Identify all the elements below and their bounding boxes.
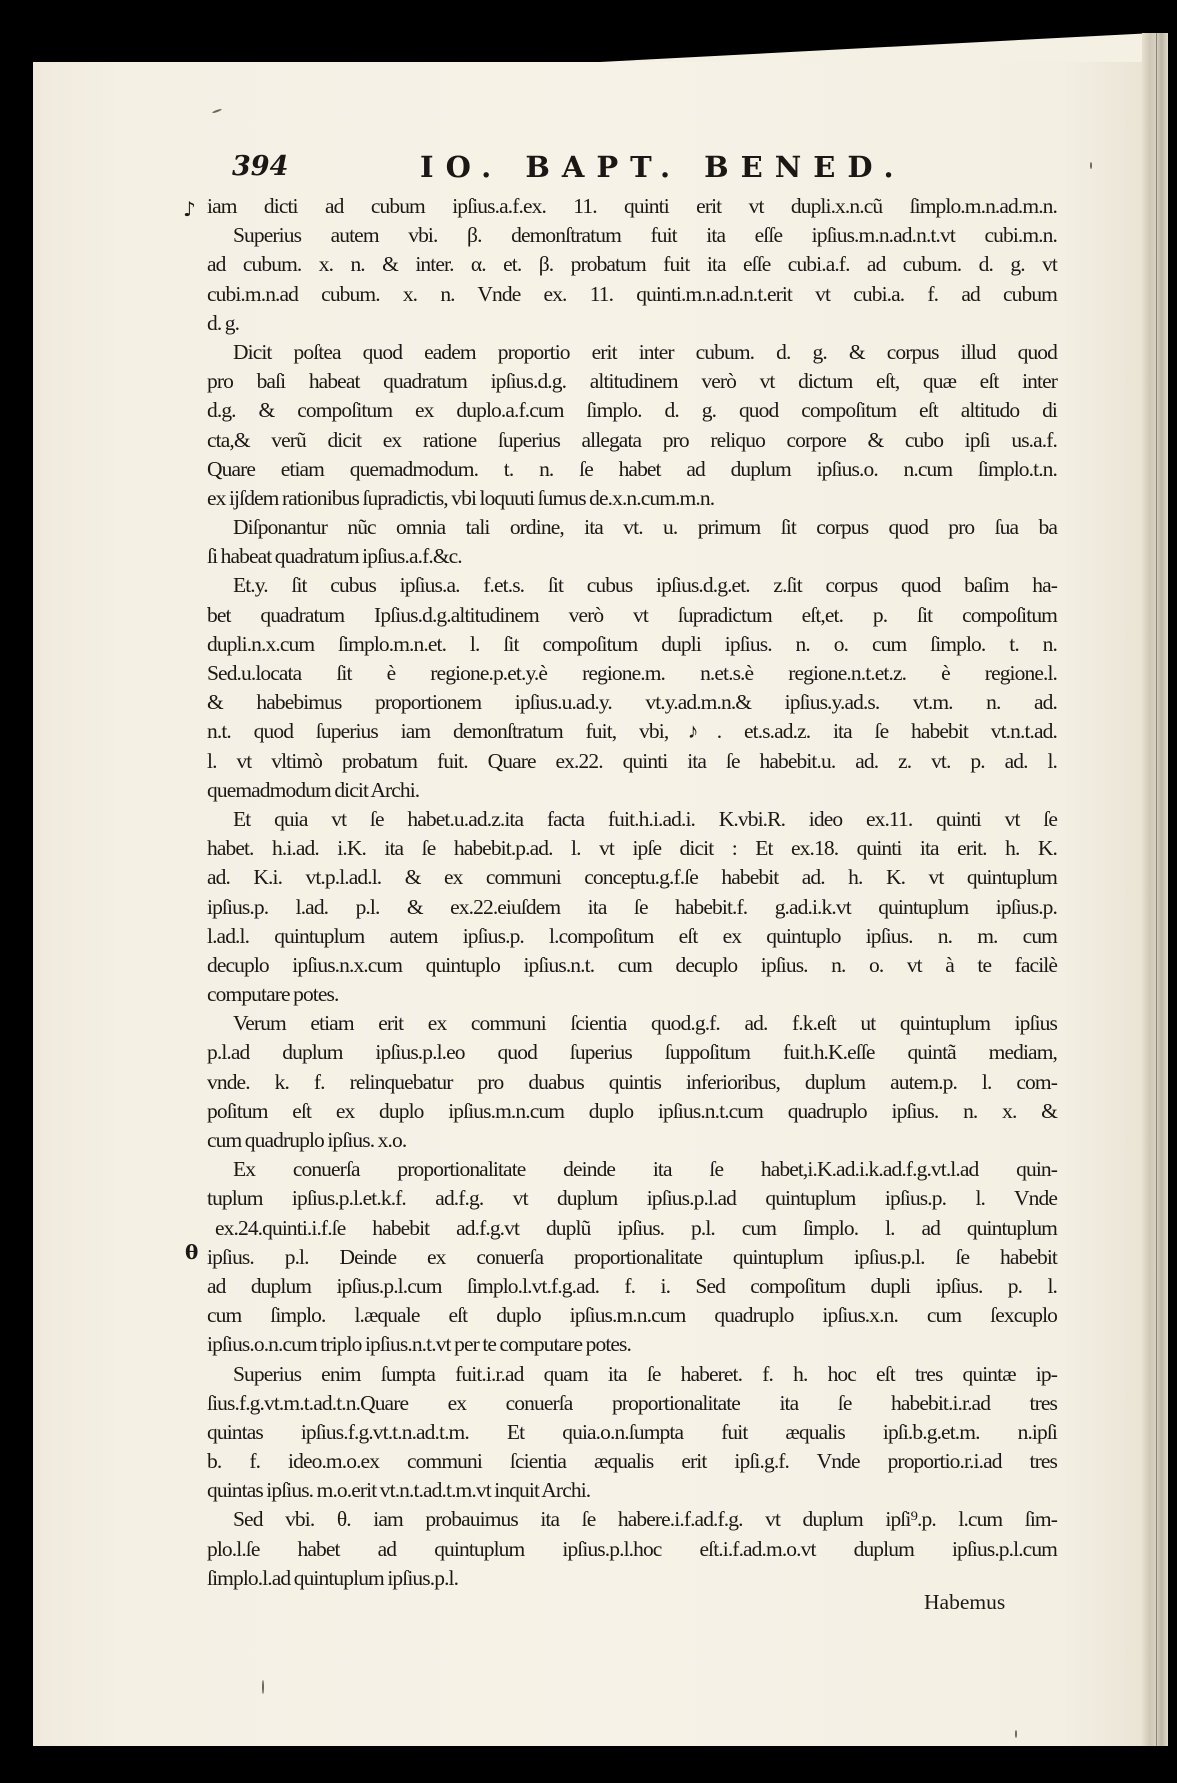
paragraph-end-line: quintas ipſius. m.o.erit vt.n.t.ad.t.m.v… [207,1476,1057,1505]
paragraph-end-line: ſi habeat quadratum ipſius.a.f.&c. [207,542,1057,571]
text-line: l. vt vltimò probatum fuit. Quare ex.22.… [207,747,1057,776]
text-line: vnde. k. f. relinquebatur pro duabus qui… [207,1068,1057,1097]
text-line: & habebimus proportionem ipſius.u.ad.y. … [207,688,1057,717]
paragraph-end-line: ex ijſdem rationibus ſupradictis, vbi lo… [207,484,1057,513]
text-line: quintas ipſius.f.g.vt.t.n.ad.t.m. Et qui… [207,1418,1057,1447]
paragraph-end-line: ipſius.o.n.cum triplo ipſius.n.t.vt per … [207,1330,1057,1359]
text-line: cum ſimplo. l.æquale eſt duplo ipſius.m.… [207,1301,1057,1330]
paragraph-start-line: Superius autem vbi. β. demonſtratum fuit… [207,221,1057,250]
paper-speck [1015,1730,1017,1738]
paragraph-end-line: d. g. [207,309,1057,338]
text-line: tuplum ipſius.p.l.et.k.f. ad.f.g. vt dup… [207,1184,1057,1213]
text-line: ex.24.quinti.i.f.ſe habebit ad.f.g.vt du… [207,1214,1057,1243]
text-line: decuplo ipſius.n.x.cum quintuplo ipſius.… [207,951,1057,980]
text-line: ad duplum ipſius.p.l.cum ſimplo.l.vt.f.g… [207,1272,1057,1301]
text-line: ipſius.p. l.ad. p.l. & ex.22.eiuſdem ita… [207,893,1057,922]
text-line: plo.l.ſe habet ad quintuplum ipſius.p.l.… [207,1535,1057,1564]
paragraph-end-line: cum quadruplo ipſius. x.o. [207,1126,1057,1155]
paragraph-start-line: Diſponantur nũc omnia tali ordine, ita v… [207,513,1057,542]
paper-speck [262,1680,264,1694]
text-line: ad cubum. x. n. & inter. α. et. β. proba… [207,250,1057,279]
text-line: ſius.f.g.vt.m.t.ad.t.n.Quare ex conuerſa… [207,1389,1057,1418]
text-line: dupli.n.x.cum ſimplo.m.n.et. l. ſit comp… [207,630,1057,659]
paragraph-end-line: quemadmodum dicit Archi. [207,776,1057,805]
text-line: p.l.ad duplum ipſius.p.l.eo quod ſuperiu… [207,1038,1057,1067]
paragraph-end-line: ſimplo.l.ad quintuplum ipſius.p.l. [207,1564,1057,1593]
paragraph-start-line: Ex conuerſa proportionalitate deinde ita… [207,1155,1057,1184]
text-line: iam dicti ad cubum ipſius.a.f.ex. 11. qu… [207,192,1057,221]
text-line: pro baſi habeat quadratum ipſius.d.g. al… [207,367,1057,396]
text-line: l.ad.l. quintuplum autem ipſius.p. l.com… [207,922,1057,951]
theta-mark-icon: θ [185,1240,198,1264]
paragraph-start-line: Et.y. ſit cubus ipſius.a. f.et.s. ſit cu… [207,571,1057,600]
text-line: cta,& verũ dicit ex ratione ſuperius all… [207,426,1057,455]
running-head: IO. BAPT. BENED. [420,150,906,184]
paragraph-start-line: Sed vbi. θ. iam probauimus ita ſe habere… [207,1505,1057,1534]
paragraph-start-line: Superius enim ſumpta fuit.i.r.ad quam it… [207,1360,1057,1389]
text-line: poſitum eſt ex duplo ipſius.m.n.cum dupl… [207,1097,1057,1126]
text-line: ad. K.i. vt.p.l.ad.l. & ex communi conce… [207,863,1057,892]
scan-border-bottom [0,1746,1177,1783]
text-line: bet quadratum Ipſius.d.g.altitudinem ver… [207,601,1057,630]
text-line: b. f. ideo.m.o.ex communi ſcientia æqual… [207,1447,1057,1476]
text-line: n.t. quod ſuperius iam demonſtratum fuit… [207,717,1057,746]
text-line: Quare etiam quemadmodum. t. n. ſe habet … [207,455,1057,484]
body-text: iam dicti ad cubum ipſius.a.f.ex. 11. qu… [207,192,1057,1593]
text-line: d.g. & compoſitum ex duplo.a.f.cum ſimpl… [207,396,1057,425]
page-number: 394 [232,151,288,182]
text-line: habet. h.i.ad. i.K. ita ſe habebit.p.ad.… [207,834,1057,863]
paragraph-start-line: Verum etiam erit ex communi ſcientia quo… [207,1009,1057,1038]
paragraph-start-line: Dicit poſtea quod eadem proportio erit i… [207,338,1057,367]
text-line: Sed.u.locata ſit è regione.p.et.y.è regi… [207,659,1057,688]
text-line: ipſius. p.l. Deinde ex conuerſa proporti… [207,1243,1057,1272]
note-mark-icon: ♪ [183,197,196,221]
page-edge-gutter [1142,33,1168,1746]
text-line: cubi.m.n.ad cubum. x. n. Vnde ex. 11. qu… [207,280,1057,309]
paragraph-start-line: Et quia vt ſe habet.u.ad.z.ita facta fui… [207,805,1057,834]
catchword: Habemus [924,1590,1005,1615]
paragraph-end-line: computare potes. [207,980,1057,1009]
paper-speck [1090,162,1092,169]
